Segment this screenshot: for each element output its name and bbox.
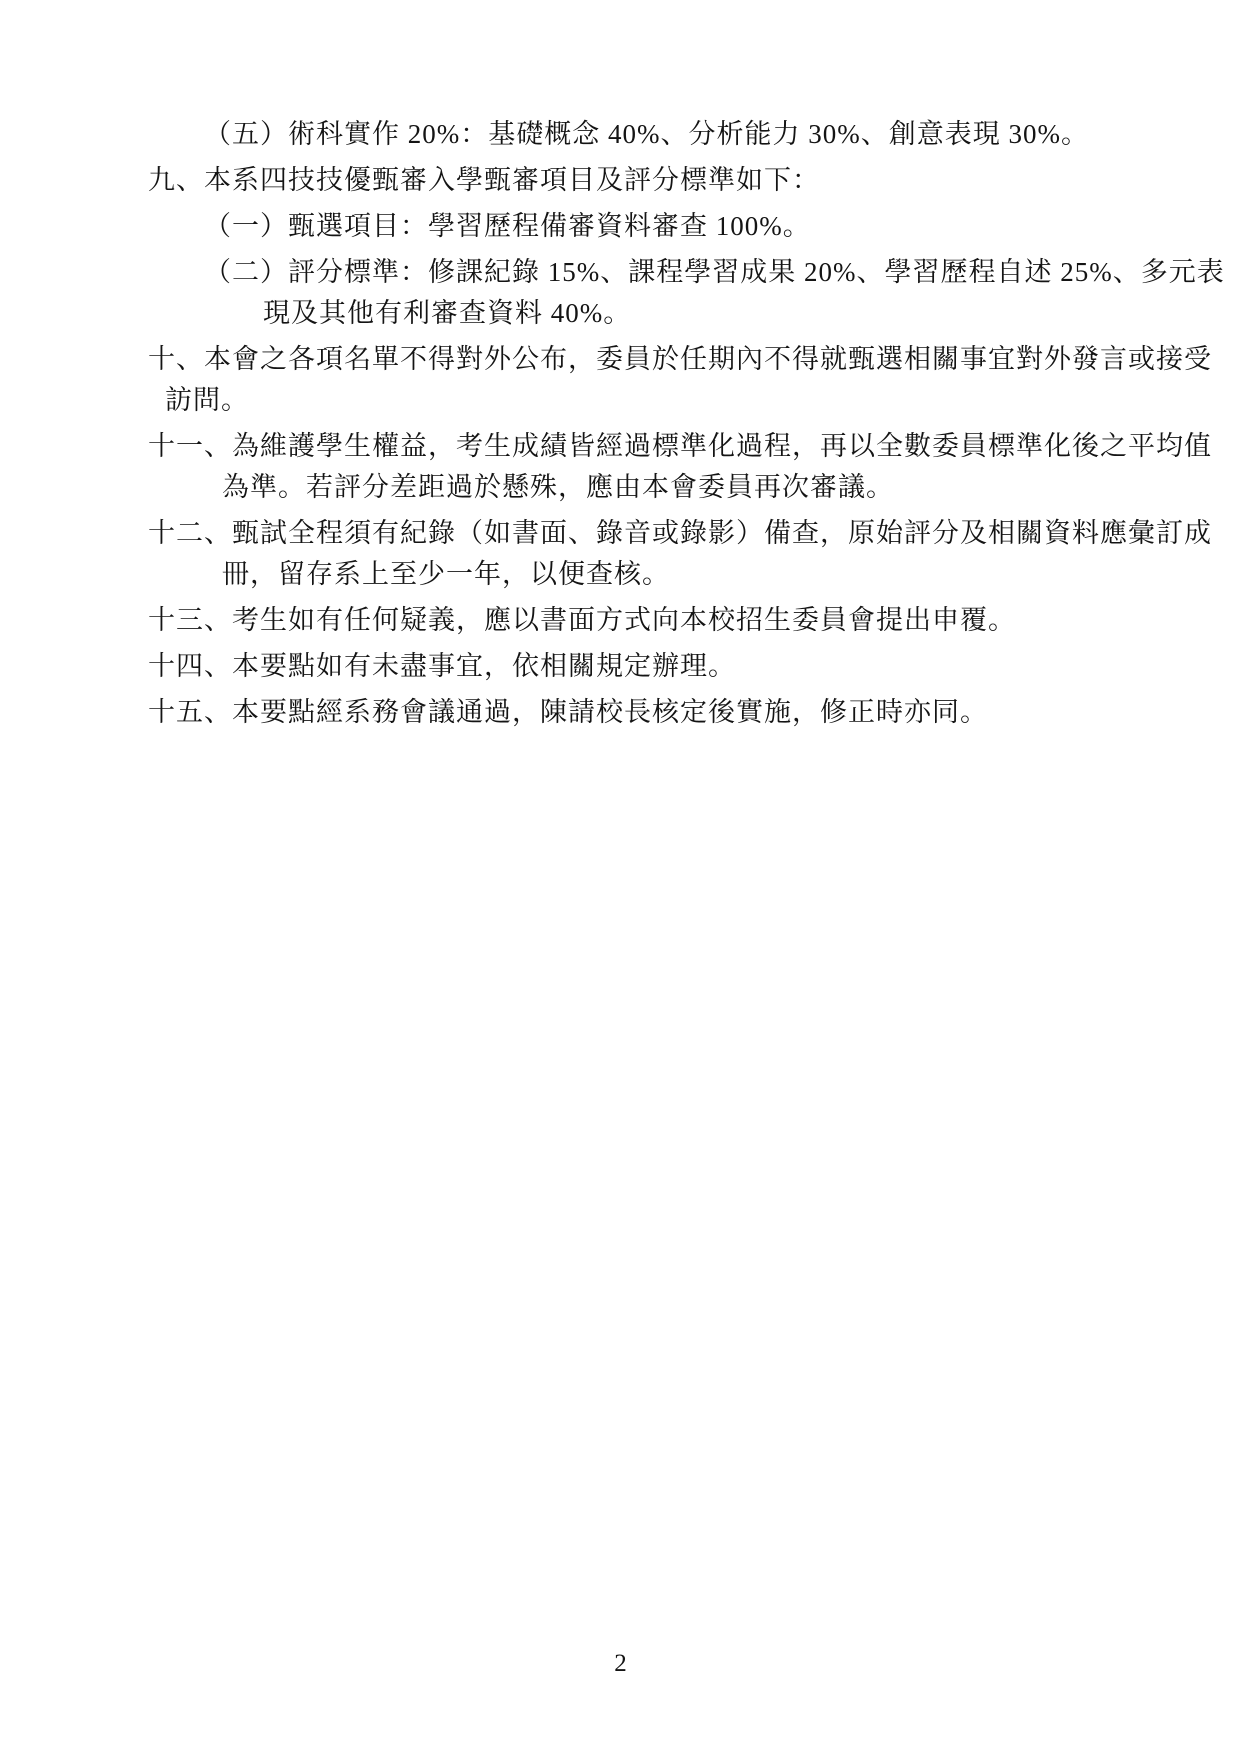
text-line: （一）甄選項目：學習歷程備審資料審查 100%。 (204, 206, 1241, 247)
text-line: 十一、為維護學生權益，考生成績皆經過標準化過程，再以全數委員標準化後之平均值 (148, 426, 1241, 467)
document-page: （五）術科實作 20%：基礎概念 40%、分析能力 30%、創意表現 30%。九… (0, 0, 1241, 1755)
text-line: （五）術科實作 20%：基礎概念 40%、分析能力 30%、創意表現 30%。 (204, 114, 1241, 155)
text-line: 十三、考生如有任何疑義，應以書面方式向本校招生委員會提出申覆。 (148, 600, 1241, 641)
text-line: （二）評分標準：修課紀錄 15%、課程學習成果 20%、學習歷程自述 25%、多… (204, 252, 1241, 293)
page-number: 2 (0, 1648, 1241, 1680)
text-line: 十二、甄試全程須有紀錄（如書面、錄音或錄影）備查，原始評分及相關資料應彙訂成 (148, 513, 1241, 554)
text-line: 冊，留存系上至少一年，以便查核。 (222, 554, 1241, 595)
text-line: 訪問。 (165, 380, 1241, 421)
text-line: 十、本會之各項名單不得對外公布，委員於任期內不得就甄選相關事宜對外發言或接受 (148, 339, 1241, 380)
document-body: （五）術科實作 20%：基礎概念 40%、分析能力 30%、創意表現 30%。九… (0, 114, 1241, 733)
text-line: 為準。若評分差距過於懸殊，應由本會委員再次審議。 (222, 467, 1241, 508)
text-line: 十五、本要點經系務會議通過，陳請校長核定後實施，修正時亦同。 (148, 692, 1241, 733)
text-line: 十四、本要點如有未盡事宜，依相關規定辦理。 (148, 646, 1241, 687)
text-line: 九、本系四技技優甄審入學甄審項目及評分標準如下： (148, 160, 1241, 201)
text-line: 現及其他有利審查資料 40%。 (263, 293, 1241, 334)
